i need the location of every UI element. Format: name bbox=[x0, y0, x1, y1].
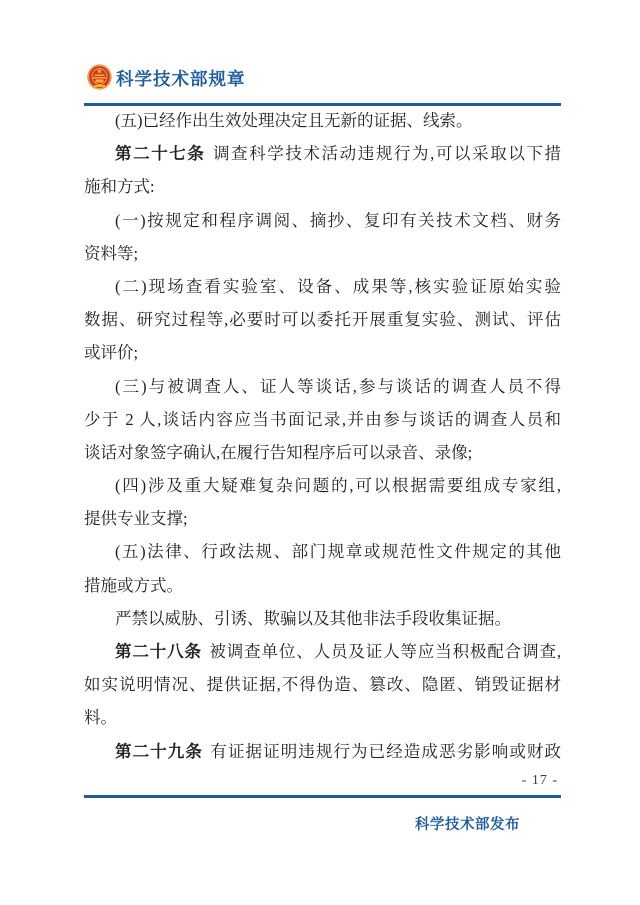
body-line: 料。 bbox=[84, 701, 561, 734]
body-line: 严禁以威胁、引诱、欺骗以及其他非法手段收集证据。 bbox=[84, 602, 561, 635]
body-line: (五)已经作出生效处理决定且无新的证据、线索。 bbox=[84, 104, 561, 137]
line-text: 被调查单位、人员及证人等应当积极配合调查, bbox=[209, 642, 561, 661]
body-line: (五)法律、行政法规、部门规章或规范性文件规定的其他 bbox=[84, 535, 561, 568]
document-page: 科学技术部规章 (五)已经作出生效处理决定且无新的证据、线索。 第二十七条调查科… bbox=[0, 0, 640, 905]
body-line: 措施或方式。 bbox=[84, 569, 561, 602]
article-number: 第二十七条 bbox=[115, 144, 206, 163]
publisher-label: 科学技术部发布 bbox=[415, 813, 520, 834]
body-line: (二)现场查看实验室、设备、成果等,核实验证原始实验 bbox=[84, 270, 561, 303]
body-line: 第二十七条调查科学技术活动违规行为,可以采取以下措 bbox=[84, 137, 561, 170]
body-line: (一)按规定和程序调阅、摘抄、复印有关技术文档、财务 bbox=[84, 204, 561, 237]
body-line: (三)与被调查人、证人等谈话,参与谈话的调查人员不得 bbox=[84, 370, 561, 403]
body-line: 提供专业支撑; bbox=[84, 502, 561, 535]
line-text: 调查科学技术活动违规行为,可以采取以下措 bbox=[213, 144, 561, 163]
body-line: 如实说明情况、提供证据,不得伪造、篡改、隐匿、销毁证据材 bbox=[84, 668, 561, 701]
body-line: 谈话对象签字确认,在履行告知程序后可以录音、录像; bbox=[84, 436, 561, 469]
body-line: 第二十八条被调查单位、人员及证人等应当积极配合调查, bbox=[84, 635, 561, 668]
body-line: 第二十九条有证据证明违规行为已经造成恶劣影响或财政 bbox=[84, 735, 561, 768]
body-line: (四)涉及重大疑难复杂问题的,可以根据需要组成专家组, bbox=[84, 469, 561, 502]
document-body: (五)已经作出生效处理决定且无新的证据、线索。 第二十七条调查科学技术活动违规行… bbox=[84, 104, 561, 768]
national-emblem-icon bbox=[87, 64, 112, 90]
page-number: - 17 - bbox=[84, 773, 558, 789]
line-text: 有证据证明违规行为已经造成恶劣影响或财政 bbox=[210, 742, 561, 761]
body-line: 数据、研究过程等,必要时可以委托开展重复实验、测试、评估 bbox=[84, 303, 561, 336]
body-line: 少于 2 人,谈话内容应当书面记录,并由参与谈话的调查人员和 bbox=[84, 403, 561, 436]
article-number: 第二十八条 bbox=[115, 642, 202, 661]
body-line: 资料等; bbox=[84, 237, 561, 270]
header-title: 科学技术部规章 bbox=[116, 66, 246, 91]
article-number: 第二十九条 bbox=[115, 742, 203, 761]
footer-rule bbox=[84, 795, 561, 798]
body-line: 施和方式: bbox=[84, 170, 561, 203]
body-line: 或评价; bbox=[84, 336, 561, 369]
